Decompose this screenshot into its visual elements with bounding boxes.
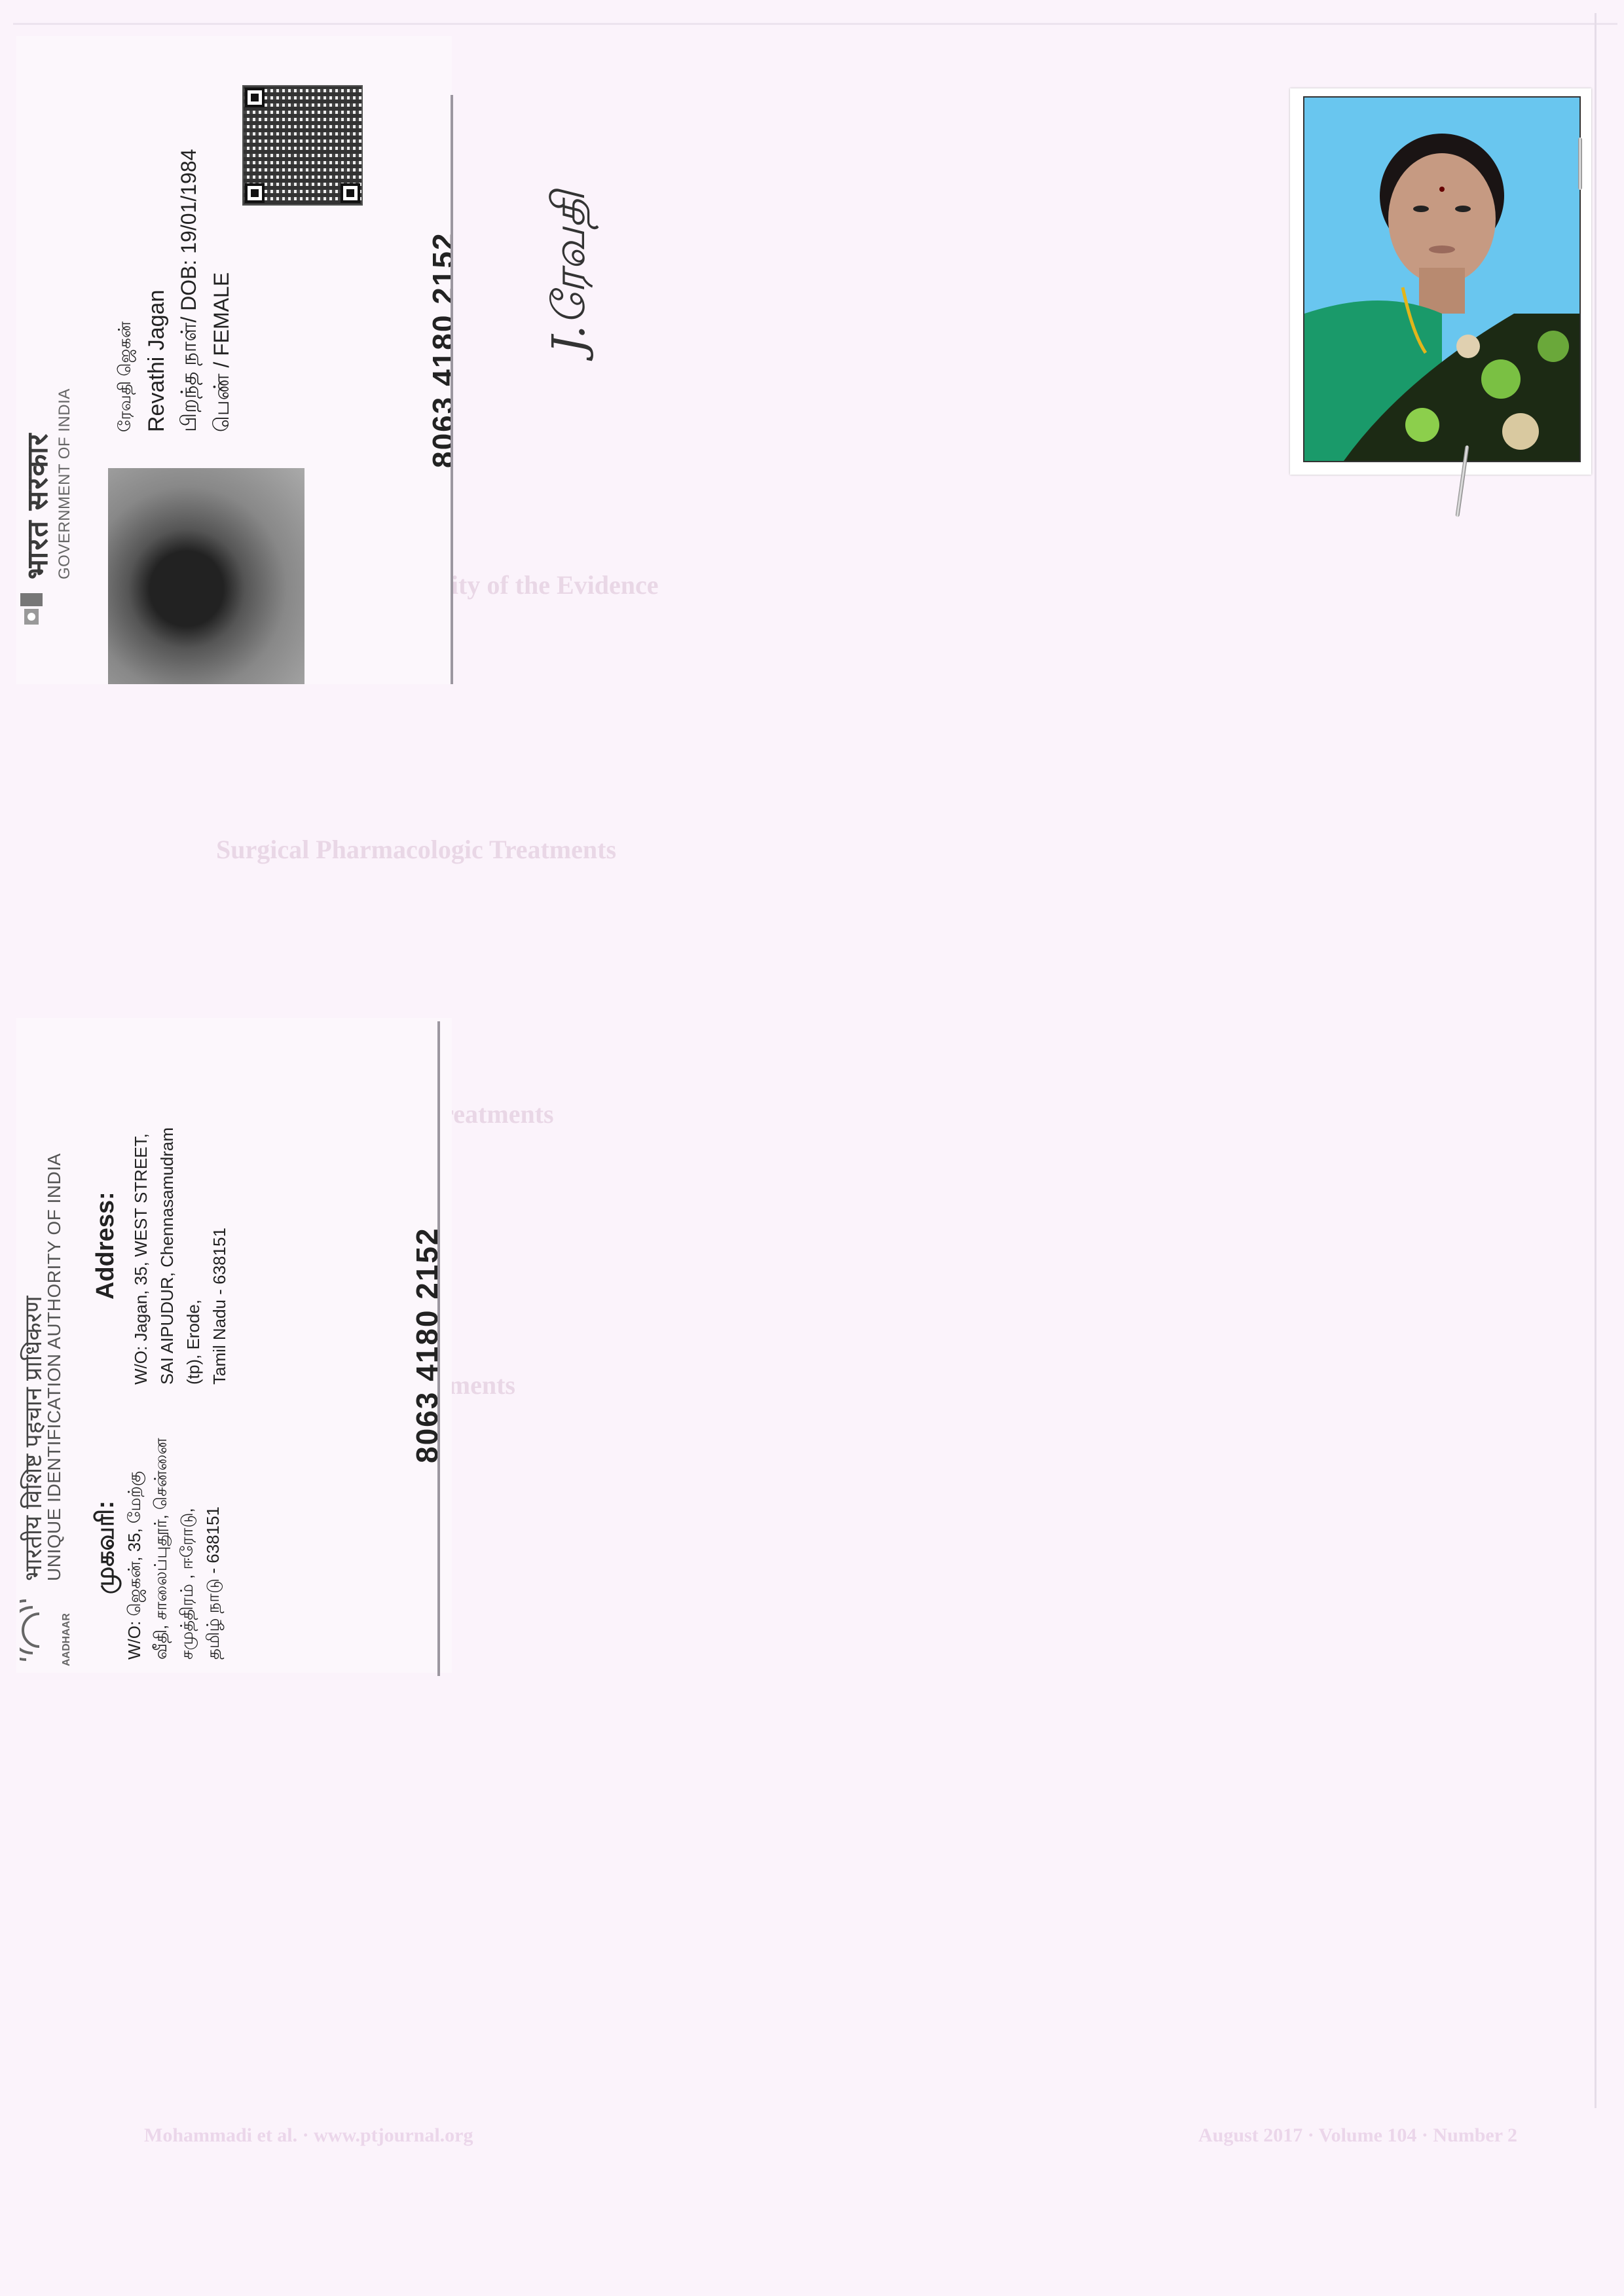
scan-top-edge <box>13 23 1617 25</box>
passport-photo-image <box>1303 96 1581 462</box>
name-english: Revathi Jagan <box>144 290 170 432</box>
passport-photo <box>1290 88 1591 475</box>
bleed-footer-right: August 2017 · Volume 104 · Number 2 <box>1198 2124 1517 2147</box>
gender: பெண் / FEMALE <box>210 272 236 432</box>
address-line: வீதி, சாலைப்புதூர், சென்னை <box>147 1438 174 1660</box>
gender-value: / FEMALE <box>210 272 233 368</box>
bleed-footer-left: Mohammadi et al. · www.ptjournal.org <box>144 2124 473 2147</box>
staple-pin <box>1578 137 1582 190</box>
holder-photo <box>108 468 304 687</box>
dob-value: 19/01/1984 <box>177 149 200 254</box>
bleed-heading: Surgical Pharmacologic Treatments <box>216 830 1447 869</box>
address-line: W/O: Jagan, 35, WEST STREET, <box>128 1127 154 1385</box>
address-english: W/O: Jagan, 35, WEST STREET, SAI AIPUDUR… <box>128 1127 232 1385</box>
aadhaar-back-card: AADHAAR भारतीय विशिष्ट पहचान प्राधिकरण U… <box>16 1018 452 1673</box>
national-emblem-icon <box>18 589 45 629</box>
address-line: W/O: ஜெகன், 35, மேற்கு <box>121 1438 147 1660</box>
address-line: சமுத்திரம் , ஈரோடு, <box>174 1438 200 1660</box>
address-label-english: Address: <box>92 1192 120 1300</box>
header-hindi: भारत सरकार <box>16 432 56 579</box>
date-of-birth: பிறந்த நாள்/ DOB: 19/01/1984 <box>177 149 204 432</box>
aadhaar-front-card: भारत सरकार GOVERNMENT OF INDIA ரேவதி ஜெக… <box>16 36 452 684</box>
header-uidai: UNIQUE IDENTIFICATION AUTHORITY OF INDIA <box>44 1153 65 1581</box>
address-line: தமிழ் நாடு - 638151 <box>200 1438 226 1660</box>
header-government-of-india: GOVERNMENT OF INDIA <box>56 388 74 579</box>
address-line: SAI AIPUDUR, Chennasamudram <box>154 1127 180 1385</box>
signature: J.ரேவதி <box>544 191 601 354</box>
scan-right-edge <box>1595 13 1596 2108</box>
qr-code <box>242 85 363 206</box>
address-line: Tamil Nadu - 638151 <box>206 1127 232 1385</box>
aadhaar-logo-text: AADHAAR <box>61 1613 73 1666</box>
gender-label-tamil: பெண் <box>210 374 233 432</box>
back-card-edge <box>437 1021 440 1676</box>
address-tamil: W/O: ஜெகன், 35, மேற்கு வீதி, சாலைப்புதூர… <box>121 1438 226 1660</box>
address-label-tamil: முகவரி: <box>92 1501 123 1594</box>
address-line: (tp), Erode, <box>180 1127 206 1385</box>
dob-label: பிறந்த நாள்/ DOB: <box>177 260 200 432</box>
name-tamil: ரேவதி ஜெகன் <box>115 321 137 432</box>
aadhaar-logo-icon <box>20 1594 59 1666</box>
front-card-edge <box>451 95 453 684</box>
